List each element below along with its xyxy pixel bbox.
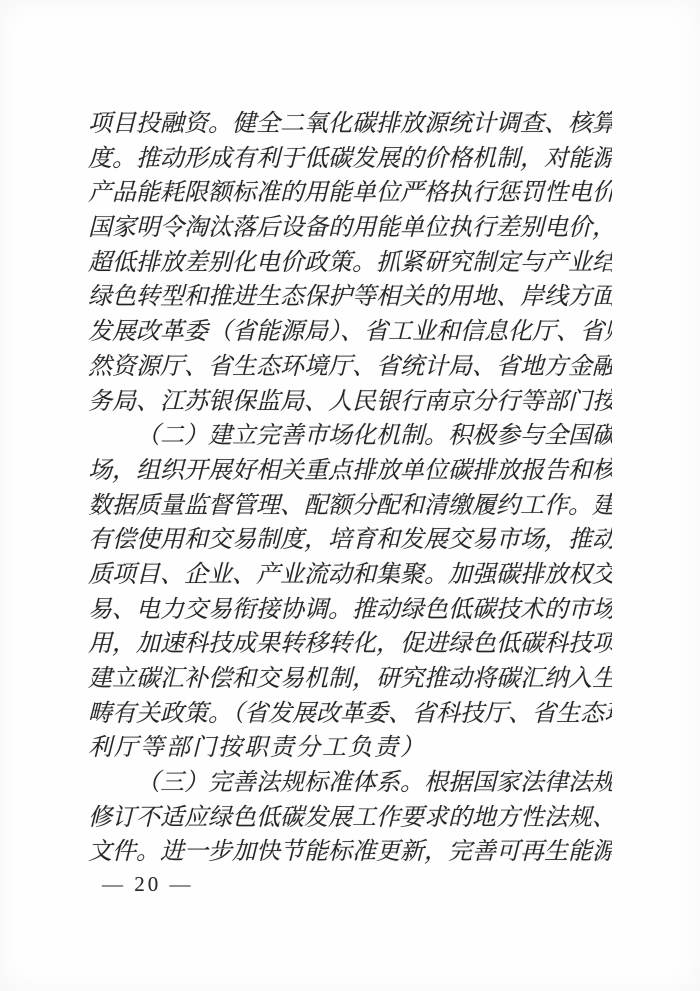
text-line: 项目投融资。健全二氧化碳排放源统计调查、核算核查、监管制 (88, 107, 612, 142)
text-line: 修订不适应绿色低碳发展工作要求的地方性法规、规章和规范性 (88, 801, 612, 836)
text-line: 超低排放差别化电价政策。抓紧研究制定与产业结构调整、低碳 (88, 246, 612, 281)
text-line: 文件。进一步加快节能标准更新，完善可再生能源标准体系，建 (88, 835, 612, 870)
text-line: 有偿使用和交易制度，培育和发展交易市场，推动能源要素向优 (88, 523, 612, 558)
text-line: 绿色转型和推进生态保护等相关的用地、岸线方面支持政策。〔省 (88, 280, 612, 315)
paragraph-end-line: 利厅等部门按职责分工负责） (88, 731, 612, 766)
text-line: 易、电力交易衔接协调。推动绿色低碳技术的市场交易与推广运 (88, 593, 612, 628)
text-line: 数据质量监督管理、配额分配和清缴履约工作。建立健全用能权 (88, 489, 612, 524)
text-line: 产品能耗限额标准的用能单位严格执行惩罚性电价政策，对使用 (88, 176, 612, 211)
body-text: 项目投融资。健全二氧化碳排放源统计调查、核算核查、监管制 度。推动形成有利于低碳… (88, 107, 612, 870)
text-line: 质项目、企业、产业流动和集聚。加强碳排放权交易、用能权交 (88, 558, 612, 593)
text-line: 发展改革委（省能源局）、省工业和信息化厅、省财政厅、省自 (88, 315, 612, 350)
text-line: 用，加速科技成果转移转化，促进绿色低碳科技项目落地。探索 (88, 627, 612, 662)
text-line: 场，组织开展好相关重点排放单位碳排放报告和核查工作，加强 (88, 454, 612, 489)
document-page: 项目投融资。健全二氧化碳排放源统计调查、核算核查、监管制 度。推动形成有利于低碳… (0, 0, 700, 991)
paragraph-start-line: （三）完善法规标准体系。根据国家法律法规，及时清理和 (88, 766, 612, 801)
text-line: 度。推动形成有利于低碳发展的价格机制，对能源消耗超过单位 (88, 142, 612, 177)
paragraph-start-line: （二）建立完善市场化机制。积极参与全国碳排放权交易市 (88, 419, 612, 454)
text-line: 畴有关政策。（省发展改革委、省科技厅、省生态环境厅、省水 (88, 697, 612, 732)
text-line: 然资源厅、省生态环境厅、省统计局、省地方金融监管局、省税 (88, 350, 612, 385)
page-number: — 20 — (102, 872, 194, 897)
text-line: 务局、江苏银保监局、人民银行南京分行等部门按职责分工负责〕 (88, 385, 612, 420)
text-line: 建立碳汇补偿和交易机制，研究推动将碳汇纳入生态保护补偿范 (88, 662, 612, 697)
text-line: 国家明令淘汰落后设备的用能单位执行差别电价，落实钢铁行业 (88, 211, 612, 246)
